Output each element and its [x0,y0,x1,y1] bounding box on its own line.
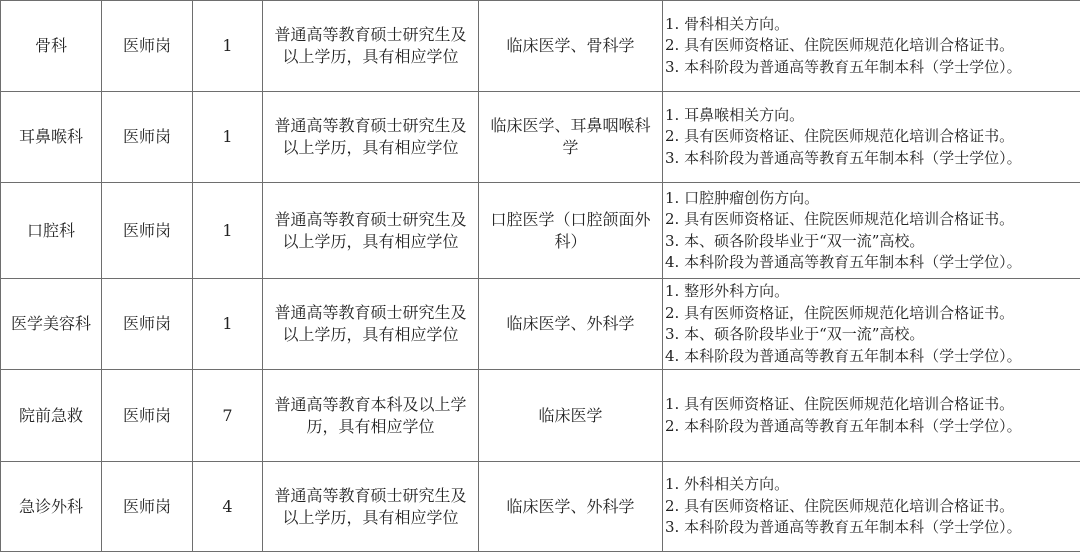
requirement-item: 2. 具有医师资格证、住院医师规范化培训合格证书。 [665,35,1080,57]
position-cell: 医师岗 [102,92,193,183]
education-cell: 普通高等教育本科及以上学历，具有相应学位 [263,370,479,462]
requirement-item: 3. 本、硕各阶段毕业于“双一流”高校。 [665,231,1080,253]
count-cell: 7 [193,370,263,462]
count-cell: 1 [193,1,263,92]
table-row: 急诊外科 医师岗 4 普通高等教育硕士研究生及以上学历，具有相应学位 临床医学、… [1,462,1080,552]
table-row: 口腔科 医师岗 1 普通高等教育硕士研究生及以上学历，具有相应学位 口腔医学（口… [1,183,1080,279]
table-row: 骨科 医师岗 1 普通高等教育硕士研究生及以上学历，具有相应学位 临床医学、骨科… [1,1,1080,92]
requirement-item: 1. 整形外科方向。 [665,281,1080,303]
requirement-item: 1. 骨科相关方向。 [665,14,1080,36]
position-cell: 医师岗 [102,370,193,462]
requirement-item: 2. 本科阶段为普通高等教育五年制本科（学士学位）。 [665,416,1080,438]
table-row: 院前急救 医师岗 7 普通高等教育本科及以上学历，具有相应学位 临床医学 1. … [1,370,1080,462]
requirement-item: 1. 耳鼻喉相关方向。 [665,105,1080,127]
requirement-item: 1. 具有医师资格证、住院医师规范化培训合格证书。 [665,394,1080,416]
position-cell: 医师岗 [102,279,193,370]
count-cell: 1 [193,279,263,370]
department-cell: 医学美容科 [1,279,102,370]
major-cell: 临床医学、骨科学 [479,1,663,92]
requirement-item: 2. 具有医师资格证、住院医师规范化培训合格证书。 [665,496,1080,518]
education-cell: 普通高等教育硕士研究生及以上学历，具有相应学位 [263,92,479,183]
department-cell: 院前急救 [1,370,102,462]
department-cell: 骨科 [1,1,102,92]
requirements-cell: 1. 整形外科方向。 2. 具有医师资格证，住院医师规范化培训合格证书。 3. … [663,279,1080,370]
requirement-item: 3. 本科阶段为普通高等教育五年制本科（学士学位）。 [665,148,1080,170]
requirement-item: 2. 具有医师资格证、住院医师规范化培训合格证书。 [665,209,1080,231]
requirement-item: 1. 外科相关方向。 [665,474,1080,496]
position-cell: 医师岗 [102,183,193,279]
count-cell: 1 [193,92,263,183]
requirements-cell: 1. 骨科相关方向。 2. 具有医师资格证、住院医师规范化培训合格证书。 3. … [663,1,1080,92]
requirements-cell: 1. 外科相关方向。 2. 具有医师资格证、住院医师规范化培训合格证书。 3. … [663,462,1080,552]
education-cell: 普通高等教育硕士研究生及以上学历，具有相应学位 [263,462,479,552]
position-cell: 医师岗 [102,462,193,552]
education-cell: 普通高等教育硕士研究生及以上学历，具有相应学位 [263,279,479,370]
major-cell: 临床医学、外科学 [479,462,663,552]
major-cell: 临床医学、外科学 [479,279,663,370]
major-cell: 临床医学 [479,370,663,462]
major-cell: 临床医学、耳鼻咽喉科学 [479,92,663,183]
table-row: 医学美容科 医师岗 1 普通高等教育硕士研究生及以上学历，具有相应学位 临床医学… [1,279,1080,370]
requirement-item: 4. 本科阶段为普通高等教育五年制本科（学士学位）。 [665,252,1080,274]
department-cell: 耳鼻喉科 [1,92,102,183]
requirements-cell: 1. 具有医师资格证、住院医师规范化培训合格证书。 2. 本科阶段为普通高等教育… [663,370,1080,462]
requirement-item: 4. 本科阶段为普通高等教育五年制本科（学士学位）。 [665,346,1080,368]
count-cell: 4 [193,462,263,552]
requirement-item: 1. 口腔肿瘤创伤方向。 [665,188,1080,210]
recruitment-table: 骨科 医师岗 1 普通高等教育硕士研究生及以上学历，具有相应学位 临床医学、骨科… [0,0,1080,552]
requirement-item: 2. 具有医师资格证，住院医师规范化培训合格证书。 [665,303,1080,325]
education-cell: 普通高等教育硕士研究生及以上学历，具有相应学位 [263,183,479,279]
count-cell: 1 [193,183,263,279]
requirements-cell: 1. 口腔肿瘤创伤方向。 2. 具有医师资格证、住院医师规范化培训合格证书。 3… [663,183,1080,279]
requirement-item: 2. 具有医师资格证、住院医师规范化培训合格证书。 [665,126,1080,148]
department-cell: 急诊外科 [1,462,102,552]
requirements-cell: 1. 耳鼻喉相关方向。 2. 具有医师资格证、住院医师规范化培训合格证书。 3.… [663,92,1080,183]
education-cell: 普通高等教育硕士研究生及以上学历，具有相应学位 [263,1,479,92]
requirement-item: 3. 本科阶段为普通高等教育五年制本科（学士学位）。 [665,517,1080,539]
major-cell: 口腔医学（口腔颌面外科） [479,183,663,279]
position-cell: 医师岗 [102,1,193,92]
requirement-item: 3. 本科阶段为普通高等教育五年制本科（学士学位）。 [665,57,1080,79]
requirement-item: 3. 本、硕各阶段毕业于“双一流”高校。 [665,324,1080,346]
department-cell: 口腔科 [1,183,102,279]
table-row: 耳鼻喉科 医师岗 1 普通高等教育硕士研究生及以上学历，具有相应学位 临床医学、… [1,92,1080,183]
